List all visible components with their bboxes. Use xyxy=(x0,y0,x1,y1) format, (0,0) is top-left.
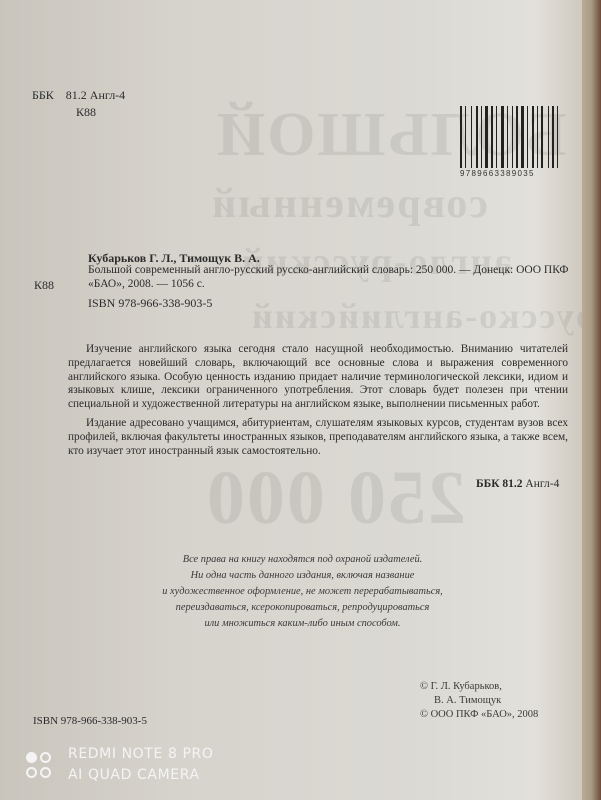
camera-logo-icon xyxy=(26,750,54,780)
catalog-title: Большой современный англо-русский русско… xyxy=(88,264,568,276)
rights-line: или множиться каким-либо иным способом. xyxy=(160,616,445,632)
bbk-code: 81.2 Англ-4 xyxy=(66,88,125,102)
camera-subtitle: AI QUAD CAMERA xyxy=(68,765,214,786)
camera-watermark: REDMI NOTE 8 PRO AI QUAD CAMERA xyxy=(26,744,214,786)
bleed-through-subtitle-2: англо-русский xyxy=(240,240,513,284)
rights-line: и художественное оформление, не может пе… xyxy=(160,584,445,600)
bbk-classification: ББК81.2 Англ-4 xyxy=(32,88,125,103)
camera-model: REDMI NOTE 8 PRO xyxy=(68,744,214,765)
author-mark: К88 xyxy=(76,105,96,120)
catalog-isbn: ISBN 978-966-338-903-5 xyxy=(88,296,212,311)
rights-line: Ни одна часть данного издания, включая н… xyxy=(160,568,445,584)
copyright-line: © Г. Л. Кубарьков, xyxy=(420,680,538,694)
copyright-block: © Г. Л. Кубарьков, В. А. Тимощук © ООО П… xyxy=(420,680,538,722)
rights-notice: Все права на книгу находятся под охраной… xyxy=(160,552,445,632)
bleed-through-number: 250 000 xyxy=(205,455,466,542)
copyright-line: В. А. Тимощук xyxy=(420,694,538,708)
rights-line: Все права на книгу находятся под охраной… xyxy=(160,552,445,568)
page-edge xyxy=(582,0,601,800)
barcode-bars xyxy=(460,106,568,168)
isbn-bottom: ISBN 978-966-338-903-5 xyxy=(33,715,147,727)
book-page: БОЛЬШОЙ современный англо-русский русско… xyxy=(0,0,582,800)
abstract: Изучение английского языка сегодня стало… xyxy=(68,343,568,463)
bbk-bottom: ББК 81.2 Англ-4 xyxy=(476,478,559,490)
bleed-through-subtitle-1: современный xyxy=(210,180,488,228)
barcode-number: 9789663389035 xyxy=(460,169,568,178)
bbk-bottom-label: ББК 81.2 xyxy=(476,478,523,490)
catalog-publication: «БАО», 2008. — 1056 с. xyxy=(88,278,205,290)
bbk-bottom-code: Англ-4 xyxy=(525,478,559,490)
bleed-through-subtitle-3: русско-английский xyxy=(250,295,596,337)
bbk-label: ББК xyxy=(32,88,54,102)
abstract-paragraph-1: Изучение английского языка сегодня стало… xyxy=(68,343,568,412)
rights-line: переиздаваться, ксерокопироваться, репро… xyxy=(160,600,445,616)
copyright-line: © ООО ПКФ «БАО», 2008 xyxy=(420,708,538,722)
abstract-paragraph-2: Издание адресовано учащимся, абитуриента… xyxy=(68,417,568,458)
catalog-author-mark: К88 xyxy=(34,278,54,293)
isbn-barcode: 9789663389035 xyxy=(460,106,568,178)
